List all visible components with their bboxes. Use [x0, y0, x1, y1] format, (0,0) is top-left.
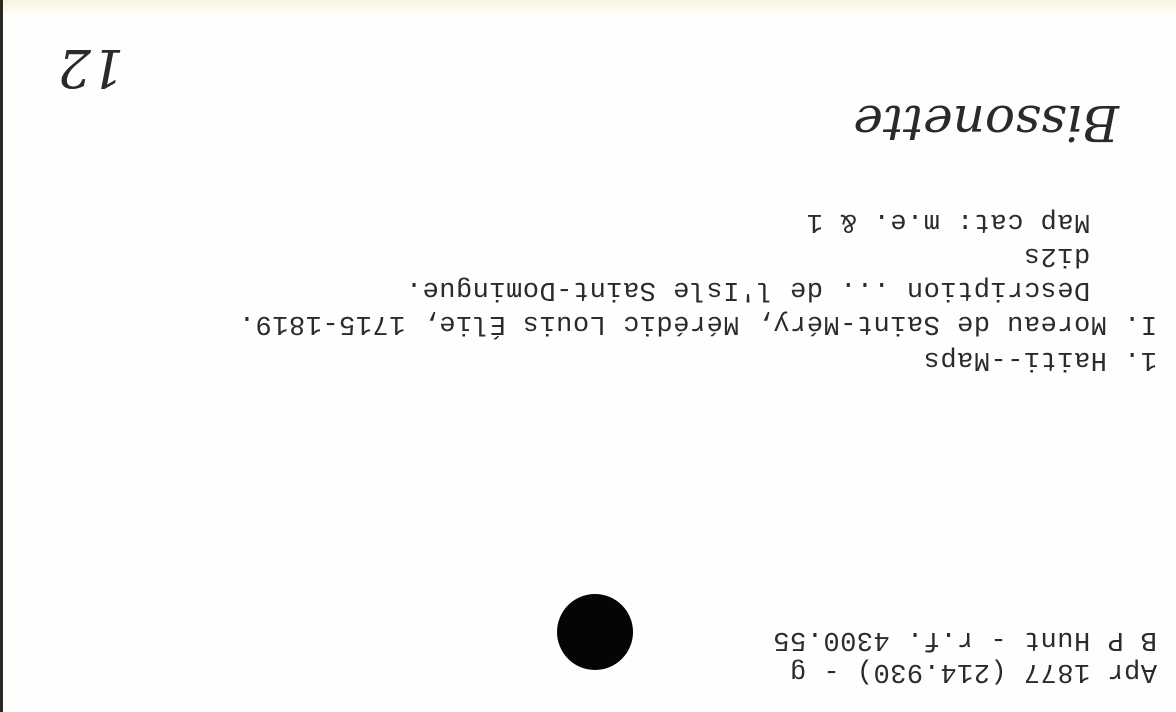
catalog-card: Apr 1877 (214.930) - g B P Hunt - r.f. 4…	[0, 0, 1176, 712]
handwritten-name: Bissonette	[853, 94, 1119, 152]
tracing-line-4: di2s	[1023, 240, 1157, 270]
tracing-line-3: Description ... de l'Isle Saint-Domingue…	[405, 274, 1157, 304]
tracing-line-1: 1. Haiti--Maps	[923, 344, 1157, 374]
accession-line-2: B P Hunt - r.f. 4300.55	[773, 624, 1157, 654]
corner-number: 12	[58, 37, 124, 97]
tracing-line-2: I. Moreau de Saint-Méry, Mérédic Louis É…	[238, 308, 1157, 338]
tracing-line-5: Map cat: m.e. & 1	[806, 206, 1157, 236]
accession-line-1: Apr 1877 (214.930) - g	[790, 656, 1157, 686]
punch-hole	[557, 594, 633, 670]
card-content-rotated: Apr 1877 (214.930) - g B P Hunt - r.f. 4…	[3, 0, 1176, 712]
